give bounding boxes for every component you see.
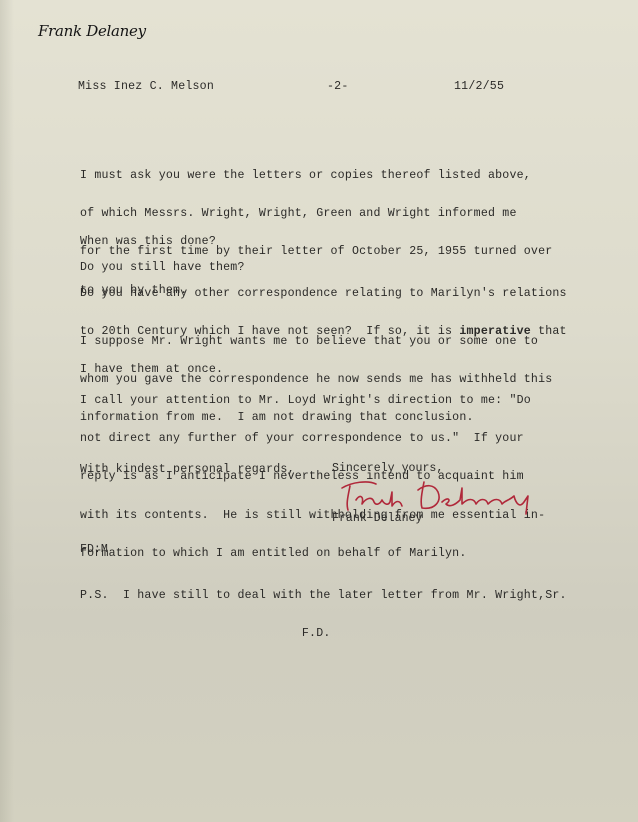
- text-line: I must ask you were the letters or copie…: [80, 170, 552, 183]
- text-line: With kindest personal regards,: [80, 464, 295, 477]
- typed-signer-name: Frank Delaney: [332, 512, 422, 525]
- postscript: P.S. I have still to deal with the later…: [80, 564, 567, 666]
- handwritten-signature: [338, 474, 548, 516]
- text-line: Do you have any other correspondence rel…: [80, 288, 567, 301]
- text-line: I call your attention to Mr. Loyd Wright…: [80, 395, 545, 408]
- recipient-name: Miss Inez C. Melson: [78, 81, 214, 94]
- letter-page: Frank Delaney Miss Inez C. Melson -2- 11…: [0, 0, 638, 822]
- paragraph-regards: With kindest personal regards,: [80, 438, 295, 502]
- letterhead-name: Frank Delaney: [38, 22, 146, 40]
- postscript-initials: F.D.: [80, 628, 567, 641]
- postscript-line: P.S. I have still to deal with the later…: [80, 590, 567, 603]
- page-number: -2-: [327, 81, 348, 94]
- typist-initials: FD:M: [80, 543, 108, 556]
- text-line: formation to which I am entitled on beha…: [80, 548, 545, 561]
- letter-date: 11/2/55: [454, 81, 504, 94]
- text-line: I suppose Mr. Wright wants me to believe…: [80, 336, 552, 349]
